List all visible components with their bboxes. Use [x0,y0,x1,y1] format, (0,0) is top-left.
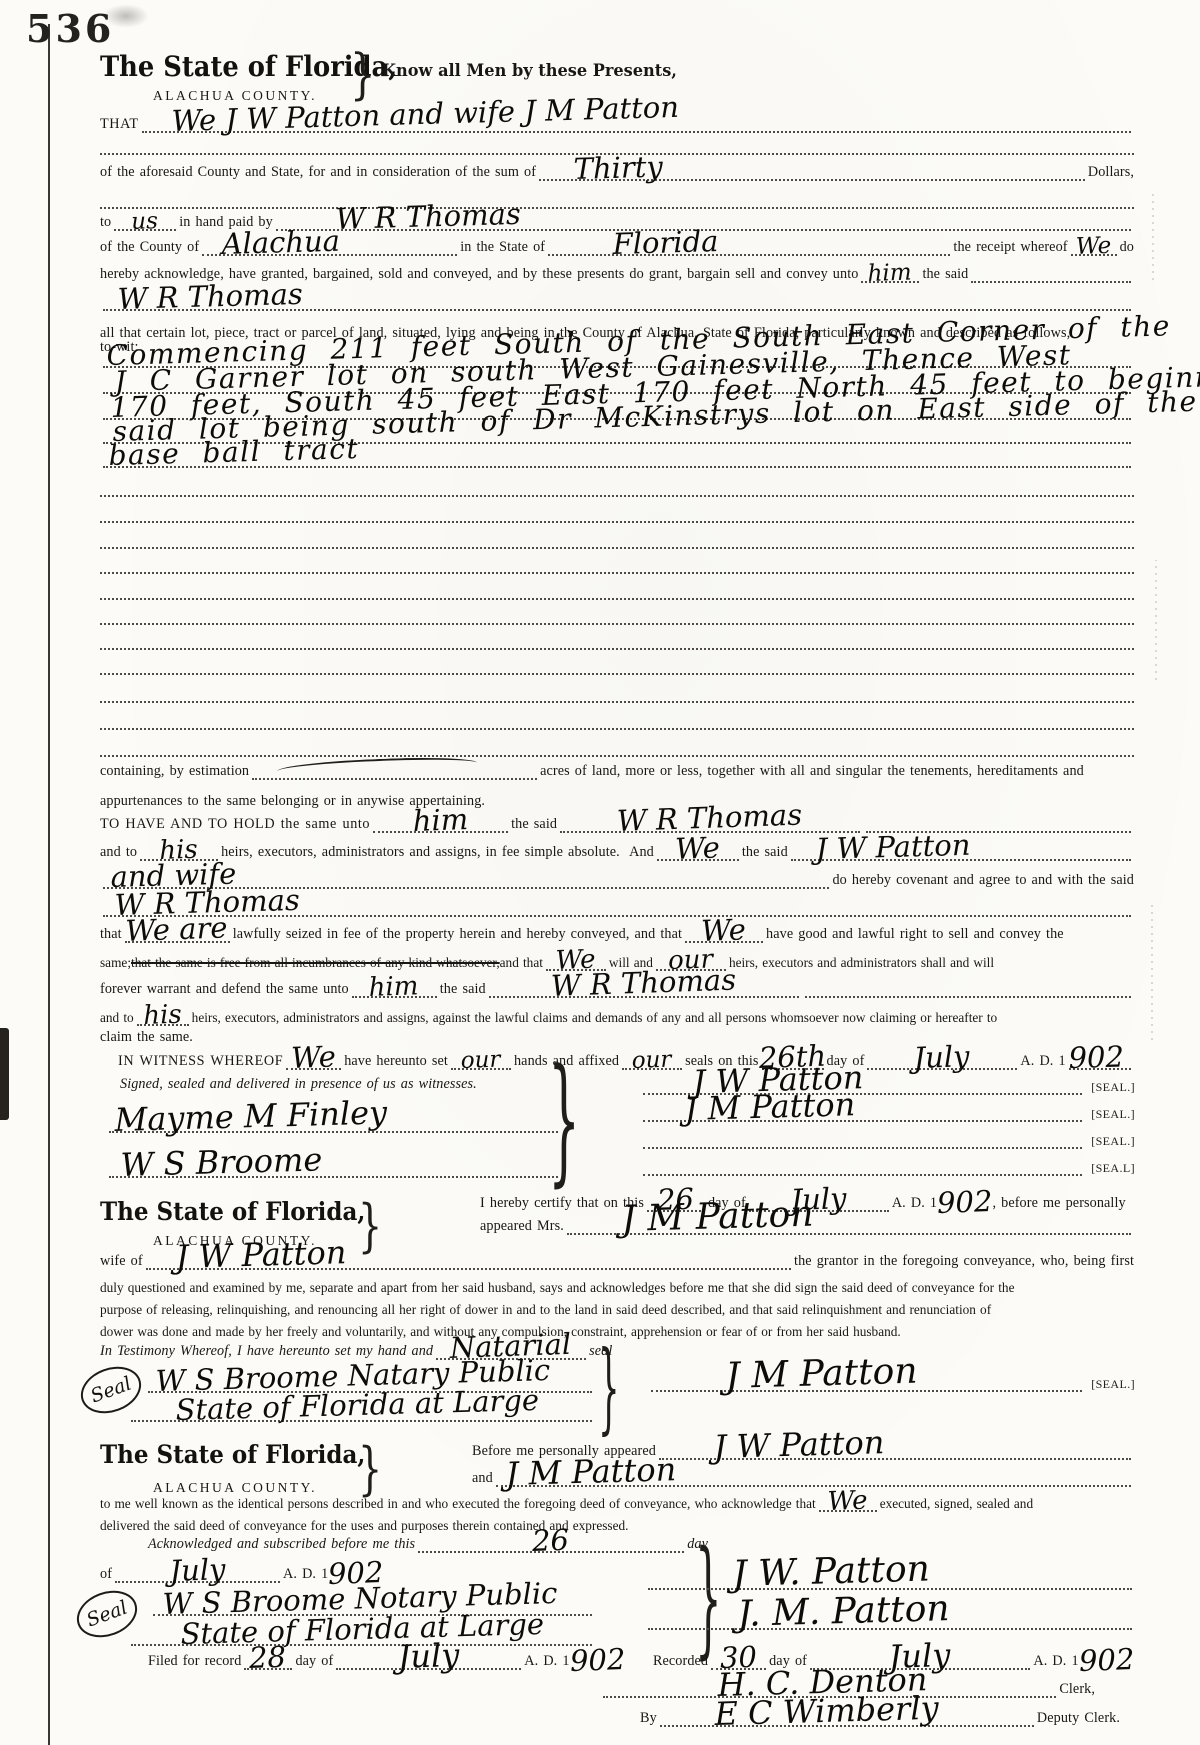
notary-line: State of Florida at Large [128,1404,595,1422]
form-text: and [472,1470,493,1487]
form-text: Signed, sealed and delivered in presence… [120,1076,477,1093]
blank-line: We J W Patton and wife J M Patton [142,119,1131,133]
brace: } [598,1340,620,1439]
filed-recorded-line: Filed for record 28 day of July A. D. 1 … [148,1652,1134,1670]
party-signature-1: J W. Patton [732,1552,930,1593]
blank-line: him [373,819,508,833]
witness-signature-1: Mayme M Finley [114,1096,387,1136]
grantor-signature-2: J M Patton [684,1088,856,1125]
hw-we: We [675,833,721,864]
party-signature-2: J. M. Patton [737,1591,950,1633]
hw-filed-day: 28 [249,1643,287,1673]
blank-line: We [286,1056,341,1070]
brace: } [695,1536,722,1662]
consideration-line: of the aforesaid County and State, for a… [100,163,1134,181]
form-text: I hereby certify that on this [480,1195,644,1212]
blank-line: Florida [548,242,950,256]
notary-line: State of Florida at Large [128,1628,595,1646]
hw-year: 902 [937,1187,993,1218]
form-text: A. D. 1 [892,1195,937,1212]
blank-line [643,1162,1082,1176]
hw-filed-month: July [397,1639,460,1673]
hw-month: July [913,1042,970,1073]
form-text: the said [511,816,557,833]
hw-grantee: W R Thomas [550,966,736,1001]
deed-page: 536 The State of Florida, ALACHUA COUNTY… [0,0,1200,1745]
hw-state: Florida [612,227,719,259]
form-text: executed, signed, sealed and [880,1496,1033,1512]
form-text: THAT [100,116,139,133]
blank-line: July [336,1656,521,1670]
form-text: the said [440,981,486,998]
form-text: appeared Mrs. [480,1218,564,1235]
form-text: Acknowledged and subscribed before me th… [148,1536,415,1553]
form-text: duly questioned and examined by me, sepa… [100,1280,1014,1296]
form-text: the said [922,266,968,283]
form-text: have hereunto set [344,1053,448,1070]
form-text: Deputy Clerk. [1037,1710,1120,1727]
hw-day: 26 [532,1526,570,1556]
claim-same-line: claim the same. [100,1030,1134,1046]
containing-line: containing, by estimation acres of land,… [100,762,1134,780]
blank-line: W R Thomas [489,984,799,998]
in-witness-line: IN WITNESS WHEREOF We have hereunto set … [118,1052,1134,1070]
blank-line [643,1135,1082,1149]
hw-unto-him: him [412,805,468,836]
form-text: Dollars, [1088,164,1134,181]
hw-we: We [290,1042,336,1073]
form-text: the said [742,844,788,861]
form-text: to me well known as the identical person… [100,1496,816,1512]
form-text: and to [100,1010,134,1026]
hw-filed-year: 902 [569,1645,625,1676]
form-text: , before me personally [992,1195,1125,1212]
form-text: IN WITNESS WHEREOF [118,1053,283,1070]
blank-line: him [861,269,919,283]
ruled-line [100,701,1134,703]
blank-line: July [115,1569,280,1583]
hw-we: We [827,1488,868,1515]
hw-at-large: State of Florida at Large [180,1610,544,1649]
hw-recorded-year: 902 [1078,1645,1134,1676]
hw-our: our [631,1049,671,1073]
ack-signature-line-1: J W. Patton [645,1572,1135,1590]
blank-line: July [867,1056,1017,1070]
form-text: wife of [100,1253,143,1270]
blank-line [971,269,1131,283]
known-line: to me well known as the identical person… [100,1494,1134,1512]
blank-line [252,766,537,780]
blank-line: Thirty [539,167,1085,181]
county-state-line: of the County of Alachua in the State of… [100,238,1134,256]
seal-label: [SEAL.] [1085,1107,1135,1122]
that-line: THAT We J W Patton and wife J M Patton [100,115,1134,133]
brace: } [358,1197,382,1254]
witness-signature-2: W S Broome [120,1143,323,1181]
blank-line: We [657,847,739,861]
blank-line [805,984,1131,998]
claims-line: and to his heirs, executors, administrat… [100,1008,1134,1026]
blank-line: his [137,1012,189,1026]
form-text: Clerk, [1059,1681,1095,1698]
blank-line: Mayme M Finley [109,1119,558,1133]
form-text: Filed for record [148,1653,241,1670]
ack-subscribed-line: Acknowledged and subscribed before me th… [148,1535,708,1553]
seal-label: [SEA.L] [1085,1161,1135,1176]
witness-line-2: W S Broome [106,1160,561,1178]
hw-party-2: J M Patton [505,1453,677,1490]
blank-line: Alachua [202,242,457,256]
form-text: TO HAVE AND TO HOLD the same unto [100,816,370,833]
dower-signature-line: J M Patton [SEAL.] [648,1374,1135,1392]
deputy-clerk-line: By E C Wimberly Deputy Clerk. [640,1709,1120,1727]
dower-paragraph-2: purpose of releasing, relinquishing, and… [100,1300,1134,1318]
blank-line: J M Patton [643,1108,1082,1122]
hw-party-1: J W Patton [713,1426,885,1463]
form-text: A. D. 1 [1033,1653,1078,1670]
delivered-line: delivered the said deed of conveyance fo… [100,1516,1134,1534]
form-text: A. D. 1 [524,1653,569,1670]
blank-line: W R Thomas [103,297,1131,311]
blank-line: J W Patton [146,1256,791,1270]
appeared-line: appeared Mrs. J M Patton [480,1217,1134,1235]
spacer [628,1658,650,1670]
form-text: of [100,1566,112,1583]
form-text: of the aforesaid County and State, for a… [100,164,536,181]
blank-line: J W Patton [791,847,1131,861]
hw-husband-name: J W Patton [175,1236,347,1273]
form-text: that [100,926,122,943]
to-have-line: TO HAVE AND TO HOLD the same unto him th… [100,815,1134,833]
form-text: of the County of [100,239,199,256]
form-text: the receipt whereof [953,239,1067,256]
form-text: have good and lawful right to sell and c… [766,926,1064,943]
hw-our: our [460,1049,500,1073]
wife-of-line: wife of J W Patton the grantor in the fo… [100,1252,1134,1270]
blank-line: We [1071,242,1117,256]
hw-year: 902 [1068,1042,1124,1073]
blank-line: State of Florida at Large [131,1632,592,1646]
scan-artifact [1151,900,1153,1040]
grantee-line: W R Thomas [100,293,1134,311]
hw-receipt-we: We [1075,235,1111,259]
form-text: in the State of [460,239,545,256]
witness-line-1: Mayme M Finley [106,1115,561,1133]
form-text: and that [500,955,543,971]
seal-label: [SEAL.] [1085,1377,1135,1392]
form-text: By [640,1710,657,1727]
brace: } [350,48,375,102]
form-text: purpose of releasing, relinquishing, and… [100,1302,991,1318]
ruled-line [100,521,1134,523]
blank-line: We [819,1498,877,1512]
brace: } [548,1050,580,1188]
seized-line: that We are lawfully seized in fee of th… [100,925,1134,943]
form-text: lawfully seized in fee of the property h… [233,926,682,943]
ink-flourish-mark [277,756,477,779]
ruled-line [100,755,1134,757]
state-heading: The State of Florida, [100,1197,365,1226]
hw-amount: Thirty [573,153,663,184]
blank-line: him [352,984,437,998]
scan-artifact [1155,560,1157,680]
blank-line: We [685,929,763,943]
hw-description-5: base ball tract [108,435,359,470]
form-text: Recorded [653,1653,708,1670]
heirs-line: and to his heirs, executors, administrat… [100,843,1134,861]
blank-line: 28 [244,1656,292,1670]
blank-line: J W. Patton [648,1576,1132,1590]
description-line: base ball tract [100,450,1134,468]
ruled-line [100,673,1134,675]
form-text: containing, by estimation [100,763,249,780]
form-text: same; [100,955,131,971]
blank-line: State of Florida at Large [131,1408,592,1422]
blank-line: our [451,1056,511,1070]
hw-his: his [143,1002,182,1029]
form-text: A. D. 1 [283,1566,328,1583]
form-text-struck: that the same is free from all incumbran… [131,955,500,971]
signature-line-2: J M Patton [SEAL.] [640,1104,1135,1122]
form-text: claim the same. [100,1029,193,1046]
hw-unto-him: him [868,261,913,286]
hw-county: Alachua [221,227,340,259]
ruled-line [100,598,1134,600]
hw-wife-name: J M Patton [621,1197,814,1238]
form-text: acres of land, more or less, together wi… [540,763,1084,780]
hw-we: We [701,915,747,946]
ack-signature-line-2: J. M. Patton [645,1612,1135,1630]
warrant-line: forever warrant and defend the same unto… [100,980,1134,998]
grantee-line-2: W R Thomas [100,899,1134,917]
ruled-line [100,572,1134,574]
ruled-line [100,623,1134,625]
brace: } [358,1440,382,1497]
scan-artifact [0,1028,9,1120]
form-text: to [100,214,111,231]
hw-grantor-name: J W Patton [815,831,971,864]
seal-label: [SEAL.] [1085,1080,1135,1095]
signature-line-3: [SEAL.] [640,1131,1135,1149]
blank-line: base ball tract [103,454,1131,468]
page-number: 536 [26,6,114,51]
blank-line: us [114,217,176,231]
book-spine-line [48,24,50,1745]
ruled-line [100,495,1134,497]
hw-we-are: We are [125,913,228,946]
blank-line: 26 [418,1539,684,1553]
blank-line: J M Patton [496,1473,1131,1487]
form-text: heirs, executors, administrators and ass… [192,1010,998,1026]
dower-paragraph-1: duly questioned and examined by me, sepa… [100,1278,1134,1296]
wife-signature: J M Patton [725,1354,918,1395]
hw-payer: W R Thomas [335,200,521,234]
form-text: the grantor in the foregoing conveyance,… [794,1253,1134,1270]
seal-label: [SEAL.] [1085,1134,1135,1149]
blank-line: J. M. Patton [648,1616,1132,1630]
hw-to-us: us [131,210,158,234]
hw-at-large: State of Florida at Large [175,1386,539,1425]
signed-sealed-line: Signed, sealed and delivered in presence… [120,1075,520,1093]
blank-line: We are [125,929,230,943]
ruled-line [100,207,1134,209]
form-text: do hereby covenant and agree to and with… [832,872,1134,889]
presents-heading: Know all Men by these Presents, [382,61,677,81]
form-text: do [1120,239,1134,256]
blank-line: W S Broome [109,1164,558,1178]
blank-line: J M Patton [651,1378,1082,1392]
form-text: day of [295,1653,333,1670]
form-text: heirs, executors, administrators and ass… [221,844,654,861]
and-party-line: and J M Patton [472,1469,1134,1487]
blank-line: E C Wimberly [660,1713,1034,1727]
ruled-line [100,728,1134,730]
deputy-clerk-signature: E C Wimberly [714,1692,939,1730]
blank-line: W R Thomas [103,903,1131,917]
ruled-line [100,547,1134,549]
form-text: A. D. 1 [1020,1053,1065,1070]
form-text: forever warrant and defend the same unto [100,981,349,998]
signature-line-4: [SEA.L] [640,1158,1135,1176]
blank-line: J W Patton [659,1446,1131,1460]
blank-line: 902 [1069,1056,1131,1070]
scan-artifact [1152,190,1154,280]
blank-line: J M Patton [567,1221,1131,1235]
form-text: heirs, executors and administrators shal… [729,955,994,971]
hw-grantee: W R Thomas [117,280,303,314]
state-heading: The State of Florida, [100,1440,365,1469]
blank-line: our [622,1056,682,1070]
hw-him: him [368,973,419,1001]
hw-month: July [169,1555,226,1586]
ruled-line [100,648,1134,650]
